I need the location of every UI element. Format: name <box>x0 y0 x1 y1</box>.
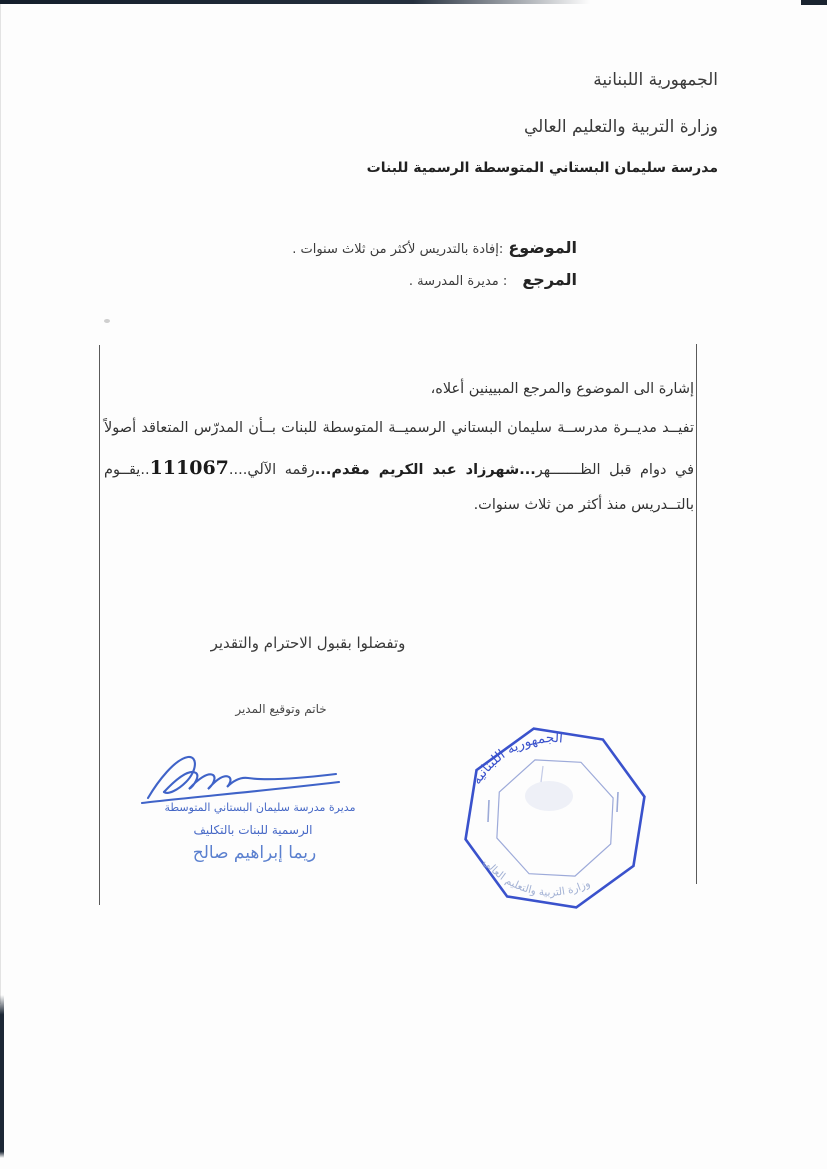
body-line3-tail: ..يقــوم <box>104 462 150 478</box>
subject-label: الموضوع <box>508 238 577 257</box>
stamp-left-tick <box>488 800 489 822</box>
signer-title-line-2: الرسمية للبنات بالتكليف <box>168 823 338 837</box>
subject-reference-block: الموضوع :إفادة بالتدريس لأكثر من ثلاث سن… <box>292 238 577 302</box>
body-line-1: إشارة الى الموضوع والمرجع المبيينين أعلا… <box>104 381 730 397</box>
stamp-right-tick <box>617 792 618 812</box>
scan-artifact-left-edge-faint <box>0 4 1 1004</box>
reference-label: المرجع <box>522 270 577 289</box>
subject-value: :إفادة بالتدريس لأكثر من ثلاث سنوات . <box>292 242 503 257</box>
body-line-3: في دوام قبل الظـــــــهر...شهرزاد عبد ال… <box>104 457 694 479</box>
body-line-2: تفيــد مديــرة مدرســة سليمان البستاني ا… <box>104 420 694 436</box>
signer-name: ريما إبراهيم صالح <box>162 843 347 863</box>
scanned-letter-page: الجمهورية اللبنانية وزارة التربية والتعل… <box>0 0 827 1169</box>
stamp-top-tick <box>541 766 543 782</box>
stamp-emblem-smudge <box>525 781 573 811</box>
seal-and-signature-caption: خاتم وتوقيع المدير <box>231 702 331 716</box>
body-line3-lead: في دوام قبل الظـــــــهر <box>536 462 694 478</box>
closing-salutation: وتفضلوا بقبول الاحترام والتقدير <box>190 634 426 652</box>
signer-title-line-1: مديرة مدرسة سليمان البستاني المتوسطة <box>148 801 372 814</box>
reference-value: : مديرة المدرسة . <box>409 274 507 289</box>
official-stamp: الجمهورية اللبنانية وزارة التربية والتعل… <box>452 724 658 912</box>
stamp-bottom-text: وزارة التربية والتعليم العالي <box>481 856 592 898</box>
teacher-name: ...شهرزاد عبد الكريم مقدم... <box>315 462 536 478</box>
body-line3-mid: رقمه الآلي.... <box>229 462 315 478</box>
body-line-4: بالتــدريس منذ أكثر من ثلاث سنوات. <box>104 497 694 513</box>
frame-left-border <box>99 345 100 905</box>
scan-artifact-left-edge-dark <box>0 995 4 1158</box>
scan-speck <box>104 319 110 323</box>
teacher-id-number: 111067 <box>150 457 229 479</box>
scan-artifact-top-edge <box>0 0 590 4</box>
reference-row: المرجع : مديرة المدرسة . <box>292 270 577 289</box>
stamp-outer-octagon <box>458 724 653 912</box>
header-republic-line: الجمهورية اللبنانية <box>593 70 718 90</box>
subject-row: الموضوع :إفادة بالتدريس لأكثر من ثلاث سن… <box>292 238 577 257</box>
scan-artifact-top-right-corner <box>801 0 827 5</box>
stamp-top-text: الجمهورية اللبنانية <box>469 730 564 787</box>
frame-right-border <box>696 344 697 884</box>
signature-loop <box>148 757 195 798</box>
signature-squiggle <box>164 772 336 792</box>
signature-ink <box>138 748 348 808</box>
header-school-line: مدرسة سليمان البستاني المتوسطة الرسمية ل… <box>367 160 718 176</box>
header-ministry-line: وزارة التربية والتعليم العالي <box>524 117 718 137</box>
stamp-inner-octagon <box>495 758 615 878</box>
